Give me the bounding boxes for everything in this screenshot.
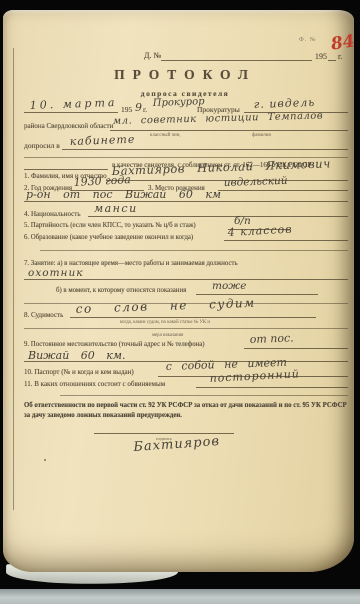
location-handwritten: кабинете	[70, 133, 136, 148]
field-birth-place-value: ивдельский	[224, 175, 288, 189]
page-number-red: 84	[330, 31, 357, 54]
form-number-label: Ф. №	[299, 37, 316, 43]
case-number-label: Д. №	[144, 51, 161, 60]
year-digit-handwritten: 9	[135, 101, 142, 114]
form-line	[70, 317, 316, 318]
field-occupation-b-label: б) в момент, к которому относятся показа…	[56, 287, 186, 294]
field-occupation-label: 7. Занятие: а) в настоящее время—место р…	[24, 260, 238, 267]
protocol-title: ПРОТОКОЛ	[20, 67, 350, 83]
conviction-caption2: мера наказания	[152, 333, 183, 338]
field-nationality-label: 4. Национальность	[24, 210, 81, 218]
ink-speck	[44, 459, 46, 461]
intro-year-suffix: г.	[143, 105, 147, 114]
form-line	[88, 216, 348, 217]
year-suffix: г.	[338, 52, 342, 61]
form-line	[62, 149, 348, 150]
form-line	[40, 250, 348, 251]
district-label: района Свердловской области	[24, 122, 113, 130]
scan-bottom-strip	[0, 589, 360, 604]
form-line	[244, 348, 348, 349]
form-line	[328, 60, 336, 61]
field-conviction-label: 8. Судимость	[24, 311, 63, 319]
rank-caption: классный чин,	[150, 133, 181, 138]
liability-warning: Об ответственности по первой части ст. 9…	[24, 401, 352, 421]
form-line	[224, 240, 348, 241]
form-line	[161, 60, 312, 61]
field-birth-place-cont: р-он от пос Вижай 60 км	[26, 188, 221, 201]
city-handwritten: г. ивдель	[254, 96, 316, 111]
surname-caption: фамилия	[252, 133, 271, 138]
form-line	[60, 395, 348, 396]
field-relation-label: 11. В каких отношениях состоит с обвиняе…	[24, 380, 165, 388]
field-nationality-value: манси	[94, 202, 138, 215]
form-line	[110, 130, 348, 131]
form-line	[24, 279, 348, 280]
field-education-label: 6. Образование (какое учебное заведение …	[24, 234, 193, 241]
form-line	[24, 328, 348, 329]
form-line	[24, 112, 118, 113]
form-line	[196, 294, 318, 295]
field-party-label: 5. Партийность (если член КПСС, то указа…	[24, 222, 196, 229]
field-occupation-value: охотник	[28, 267, 83, 279]
intro-year-printed: 195	[121, 105, 132, 114]
form-line	[196, 387, 348, 388]
page-fold-line	[13, 48, 14, 510]
field-residence-value: от пос.	[250, 331, 294, 346]
field-passport-label: 10. Паспорт (№ и когда и кем выдан)	[24, 368, 134, 376]
form-line	[24, 201, 348, 202]
form-line	[218, 190, 348, 191]
year-printed: 195	[315, 52, 327, 61]
scan-background: Ф. № 84 Д. № 195 г. ПРОТОКОЛ допроса сви…	[0, 0, 360, 604]
field-residence-label: 9. Постоянное местожительство (точный ад…	[24, 341, 205, 348]
conviction-caption: когда, каким судом, по какой статье № УК…	[120, 320, 210, 325]
interrogated-label: допросил в	[24, 141, 60, 150]
field-occupation-b-value: тоже	[212, 280, 246, 292]
form-line	[24, 169, 108, 170]
